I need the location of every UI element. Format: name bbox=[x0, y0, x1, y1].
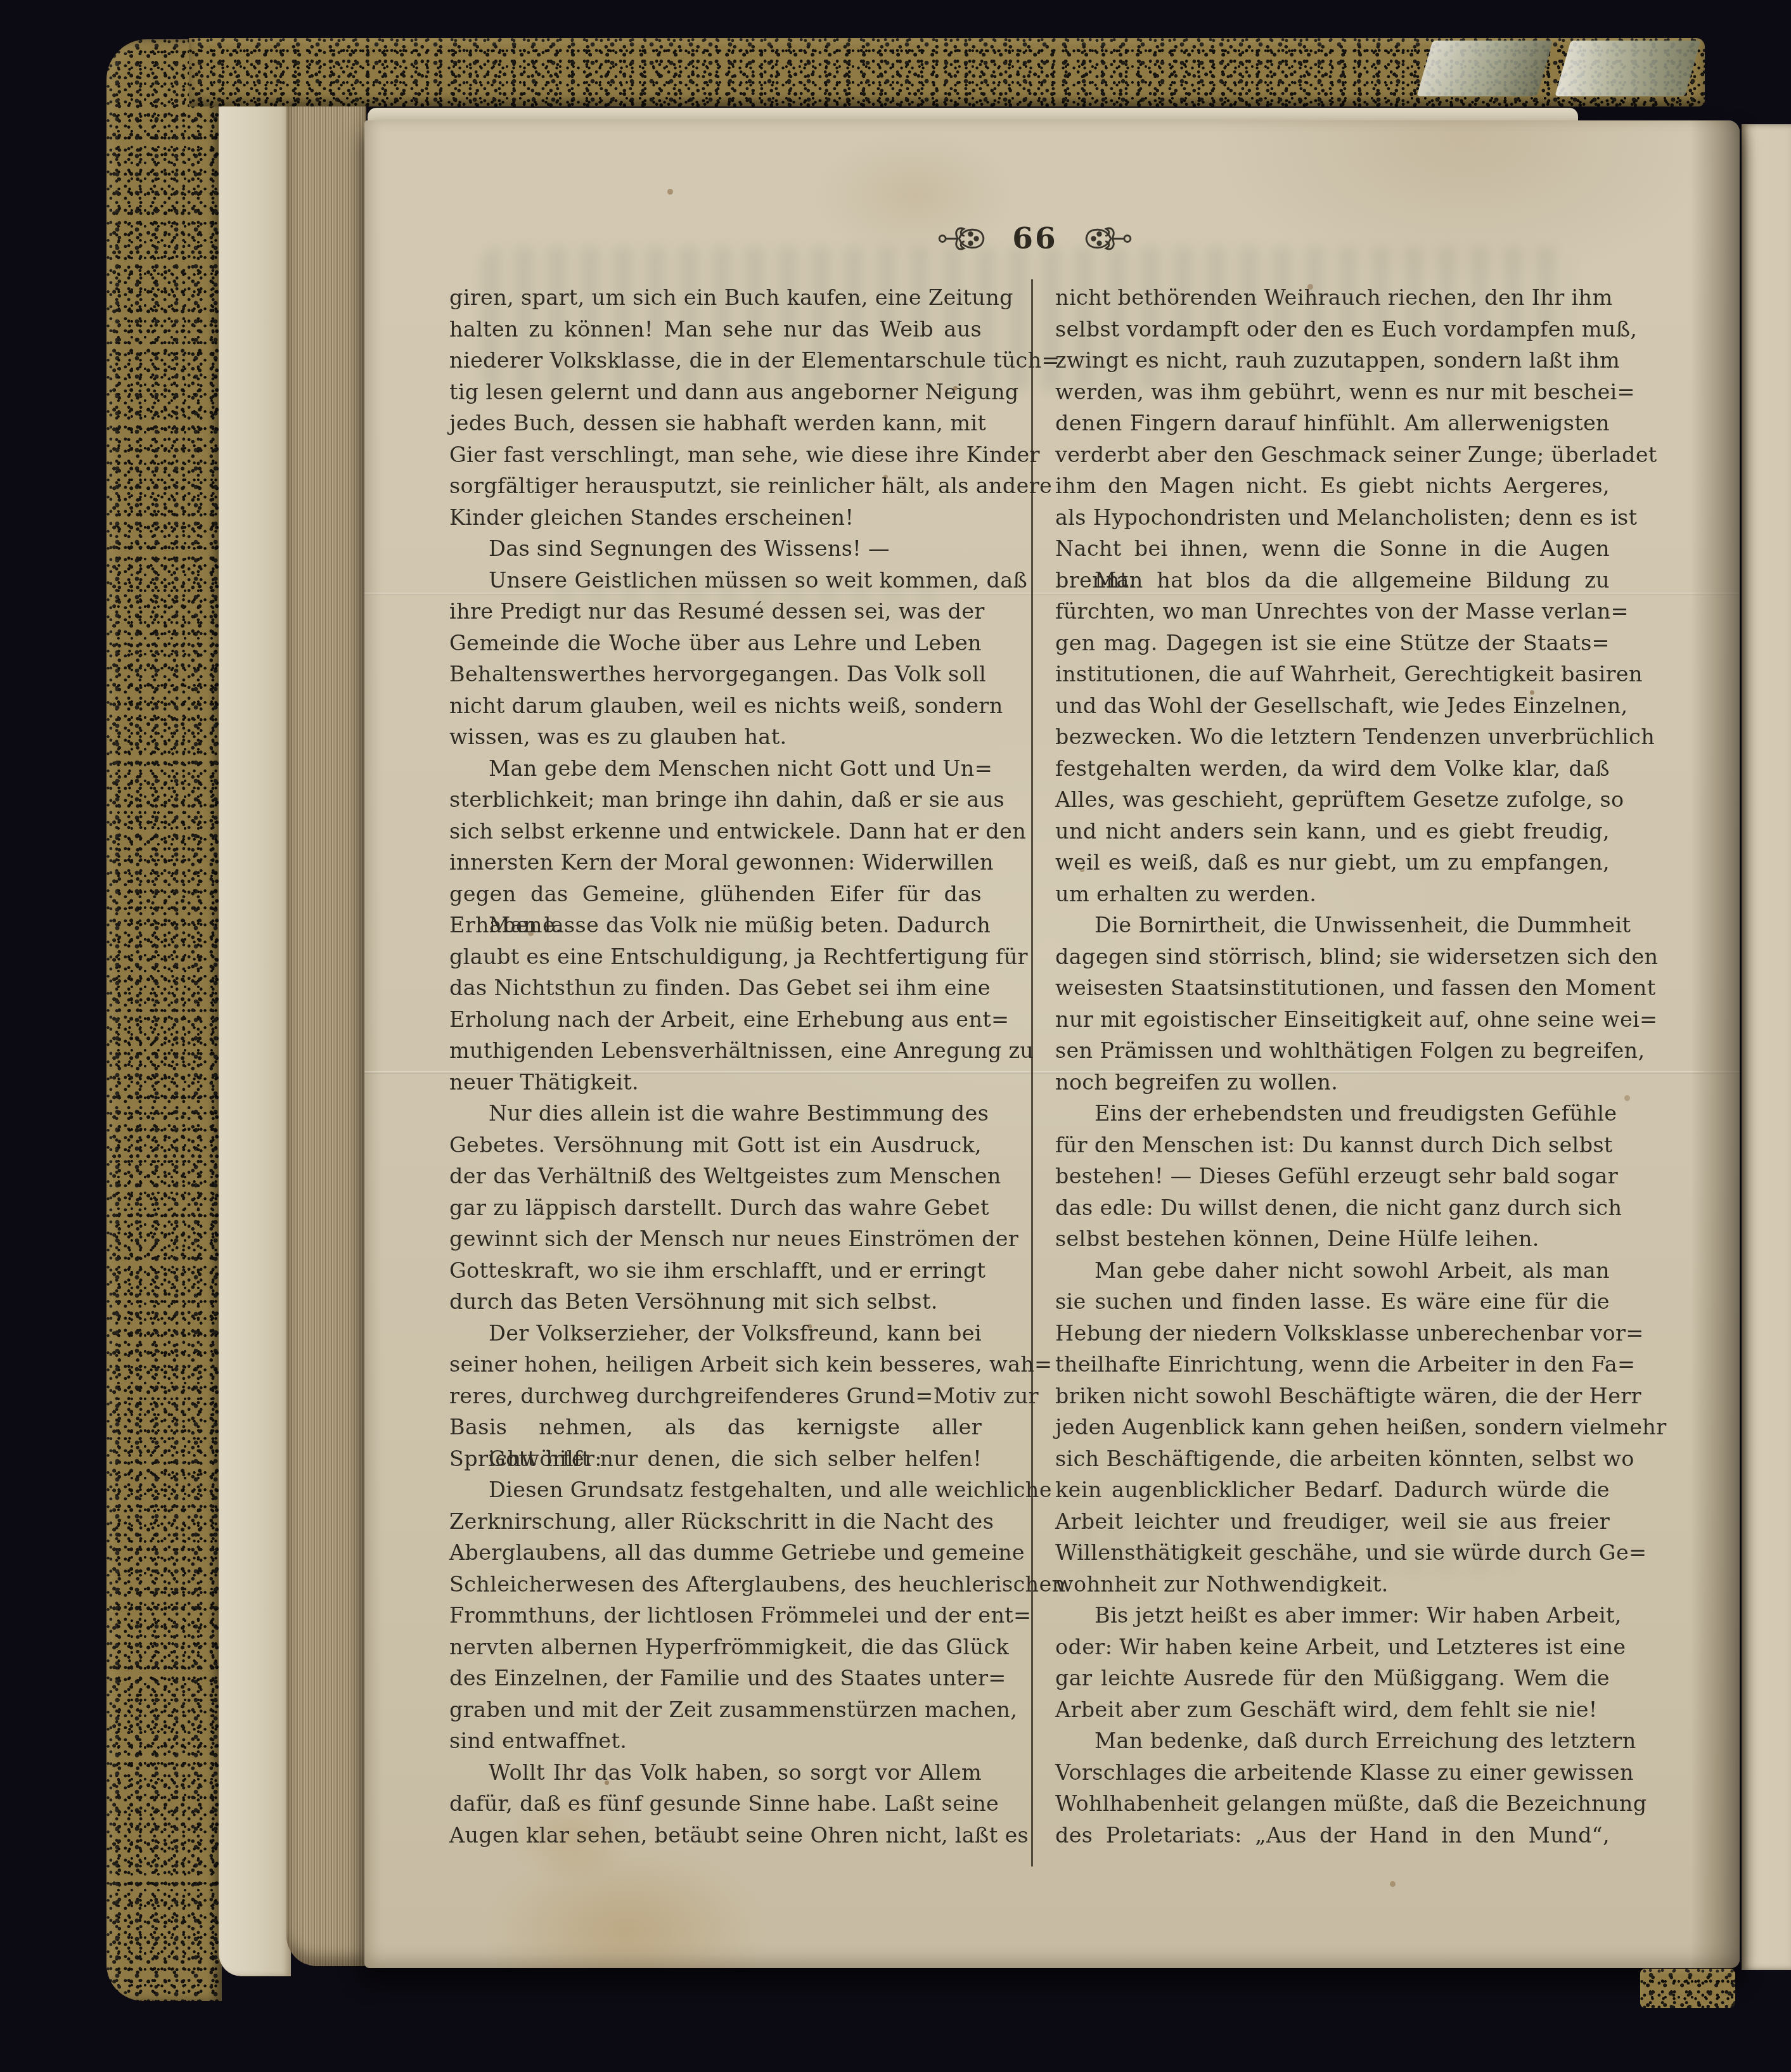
text-line: selbst bestehen können, Deine Hülfe leih… bbox=[1055, 1223, 1610, 1255]
text-line: Man lasse das Volk nie müßig beten. Dadu… bbox=[449, 910, 982, 941]
text-line: Willensthätigkeit geschähe, und sie würd… bbox=[1055, 1537, 1610, 1569]
text-line: Arbeit leichter und freudiger, weil sie … bbox=[1055, 1506, 1610, 1538]
column-divider bbox=[1031, 279, 1033, 1867]
text-line: Die Bornirtheit, die Unwissenheit, die D… bbox=[1055, 910, 1610, 941]
page-header: 66 bbox=[364, 216, 1705, 261]
text-line: Man bedenke, daß durch Erreichung des le… bbox=[1055, 1725, 1610, 1757]
fleuron-icon-left bbox=[937, 222, 985, 255]
text-line: verderbt aber den Geschmack seiner Zunge… bbox=[1055, 439, 1610, 471]
text-line: dagegen sind störrisch, blind; sie wider… bbox=[1055, 941, 1610, 973]
text-line: Gebetes. Versöhnung mit Gott ist ein Aus… bbox=[449, 1129, 982, 1161]
text-line: Eins der erhebendsten und freudigsten Ge… bbox=[1055, 1098, 1610, 1129]
text-line: bezwecken. Wo die letztern Tendenzen unv… bbox=[1055, 721, 1610, 753]
text-line: sie suchen und finden lasse. Es wäre ein… bbox=[1055, 1286, 1610, 1318]
text-line: graben und mit der Zeit zusammenstürzen … bbox=[449, 1694, 982, 1726]
text-line: der das Verhältniß des Weltgeistes zum M… bbox=[449, 1161, 982, 1192]
text-line: Diesen Grundsatz festgehalten, und alle … bbox=[449, 1474, 982, 1506]
text-line: für den Menschen ist: Du kannst durch Di… bbox=[1055, 1129, 1610, 1161]
text-line: wohnheit zur Nothwendigkeit. bbox=[1055, 1569, 1610, 1600]
text-line: theilhafte Einrichtung, wenn die Arbeite… bbox=[1055, 1349, 1610, 1380]
text-line: glaubt es eine Entschuldigung, ja Rechtf… bbox=[449, 941, 982, 973]
text-line: selbst vordampft oder den es Euch vordam… bbox=[1055, 314, 1610, 345]
text-line: gegen das Gemeine, glühenden Eifer für d… bbox=[449, 878, 982, 910]
under-page-edge bbox=[219, 80, 291, 1976]
text-line: Kinder gleichen Standes erscheinen! bbox=[449, 502, 982, 534]
text-column-right: nicht bethörenden Weihrauch riechen, den… bbox=[1055, 282, 1610, 1851]
text-line: Gott hilft nur denen, die sich selber he… bbox=[449, 1443, 982, 1475]
text-line: wissen, was es zu glauben hat. bbox=[449, 721, 982, 753]
text-line: dafür, daß es fünf gesunde Sinne habe. L… bbox=[449, 1788, 982, 1820]
text-line: neuer Thätigkeit. bbox=[449, 1067, 982, 1098]
text-line: nervten albernen Hyperfrömmigkeit, die d… bbox=[449, 1631, 982, 1663]
text-line: Man hat blos da die allgemeine Bildung z… bbox=[1055, 565, 1610, 596]
book-page: 66 giren, bbox=[364, 120, 1740, 1968]
text-line: noch begreifen zu wollen. bbox=[1055, 1067, 1610, 1098]
tape-glint bbox=[1555, 41, 1700, 96]
text-line: Aberglaubens, all das dumme Getriebe und… bbox=[449, 1537, 982, 1569]
page-edge-stack bbox=[286, 85, 366, 1966]
tape-glint bbox=[1416, 41, 1553, 96]
book-cover-edge-top bbox=[189, 38, 1705, 106]
text-line: Vorschlages die arbeitende Klasse zu ein… bbox=[1055, 1757, 1610, 1789]
text-line: Alles, was geschieht, geprüftem Gesetze … bbox=[1055, 784, 1610, 816]
text-line: oder: Wir haben keine Arbeit, und Letzte… bbox=[1055, 1631, 1610, 1663]
text-line: Unsere Geistlichen müssen so weit kommen… bbox=[449, 565, 982, 596]
text-line: gen mag. Dagegen ist sie eine Stütze der… bbox=[1055, 627, 1610, 659]
text-line: Zerknirschung, aller Rückschritt in die … bbox=[449, 1506, 982, 1538]
text-line: bestehen! — Dieses Gefühl erzeugt sehr b… bbox=[1055, 1161, 1610, 1192]
text-line: des Proletariats: „Aus der Hand in den M… bbox=[1055, 1820, 1610, 1851]
text-line: als Hypochondristen und Melancholisten; … bbox=[1055, 502, 1610, 534]
text-line: Nacht bei ihnen, wenn die Sonne in die A… bbox=[1055, 533, 1610, 565]
next-page-edge bbox=[1742, 124, 1791, 1970]
text-line: reres, durchweg durchgreifenderes Grund=… bbox=[449, 1380, 982, 1412]
page-number: 66 bbox=[1012, 224, 1057, 254]
text-line: Erholung nach der Arbeit, eine Erhebung … bbox=[449, 1004, 982, 1036]
text-line: tig lesen gelernt und dann aus angeborne… bbox=[449, 376, 982, 408]
text-line: Arbeit aber zum Geschäft wird, dem fehlt… bbox=[1055, 1694, 1610, 1726]
text-line: und das Wohl der Gesellschaft, wie Jedes… bbox=[1055, 690, 1610, 722]
text-line: jeden Augenblick kann gehen heißen, sond… bbox=[1055, 1412, 1610, 1443]
text-line: nur mit egoistischer Einseitigkeit auf, … bbox=[1055, 1004, 1610, 1036]
text-line: giren, spart, um sich ein Buch kaufen, e… bbox=[449, 282, 982, 314]
text-line: gar zu läppisch darstellt. Durch das wah… bbox=[449, 1192, 982, 1224]
text-line: nicht bethörenden Weihrauch riechen, den… bbox=[1055, 282, 1610, 314]
text-line: sorgfältiger herausputzt, sie reinlicher… bbox=[449, 470, 982, 502]
text-line: weil es weiß, daß es nur giebt, um zu em… bbox=[1055, 847, 1610, 878]
page-fold-shadow bbox=[1690, 120, 1740, 1968]
book-cover-corner-fragment bbox=[1640, 1969, 1735, 2008]
text-line: sich selbst erkenne und entwickele. Dann… bbox=[449, 816, 982, 847]
text-line: ihm den Magen nicht. Es giebt nichts Aer… bbox=[1055, 470, 1610, 502]
text-line: Gier fast verschlingt, man sehe, wie die… bbox=[449, 439, 982, 471]
text-line: institutionen, die auf Wahrheit, Gerecht… bbox=[1055, 659, 1610, 690]
text-line: niederer Volksklasse, die in der Element… bbox=[449, 345, 982, 376]
text-line: festgehalten werden, da wird dem Volke k… bbox=[1055, 753, 1610, 785]
text-line: Gemeinde die Woche über aus Lehre und Le… bbox=[449, 627, 982, 659]
text-line: jedes Buch, dessen sie habhaft werden ka… bbox=[449, 408, 982, 439]
text-line: Gotteskraft, wo sie ihm erschlafft, und … bbox=[449, 1255, 982, 1287]
text-line: Das sind Segnungen des Wissens! — bbox=[449, 533, 982, 565]
text-line: Behaltenswerthes hervorgegangen. Das Vol… bbox=[449, 659, 982, 690]
text-line: werden, was ihm gebührt, wenn es nur mit… bbox=[1055, 376, 1610, 408]
text-line: durch das Beten Versöhnung mit sich selb… bbox=[449, 1286, 982, 1318]
text-line: das Nichtsthun zu finden. Das Gebet sei … bbox=[449, 972, 982, 1004]
text-line: zwingt es nicht, rauh zuzutappen, sonder… bbox=[1055, 345, 1610, 376]
text-column-left: giren, spart, um sich ein Buch kaufen, e… bbox=[449, 282, 982, 1851]
text-line: innersten Kern der Moral gewonnen: Wider… bbox=[449, 847, 982, 878]
text-line: Bis jetzt heißt es aber immer: Wir haben… bbox=[1055, 1600, 1610, 1631]
fleuron-icon-right bbox=[1084, 222, 1133, 255]
text-line: sen Prämissen und wohlthätigen Folgen zu… bbox=[1055, 1035, 1610, 1067]
book-cover-edge-left bbox=[106, 39, 222, 2001]
text-line: Wollt Ihr das Volk haben, so sorgt vor A… bbox=[449, 1757, 982, 1789]
text-line: sich Beschäftigende, die arbeiten könnte… bbox=[1055, 1443, 1610, 1475]
text-line: muthigenden Lebensverhältnissen, eine An… bbox=[449, 1035, 982, 1067]
text-line: Schleicherwesen des Afterglaubens, des h… bbox=[449, 1569, 982, 1600]
text-line: und nicht anders sein kann, und es giebt… bbox=[1055, 816, 1610, 847]
text-line: nicht darum glauben, weil es nichts weiß… bbox=[449, 690, 982, 722]
paper-specks bbox=[364, 120, 368, 124]
text-line: Basis nehmen, als das kernigste aller Sp… bbox=[449, 1412, 982, 1443]
text-line: Nur dies allein ist die wahre Bestimmung… bbox=[449, 1098, 982, 1129]
text-line: das edle: Du willst denen, die nicht gan… bbox=[1055, 1192, 1610, 1224]
text-line: sind entwaffnet. bbox=[449, 1725, 982, 1757]
text-line: Man gebe dem Menschen nicht Gott und Un= bbox=[449, 753, 982, 785]
text-line: des Einzelnen, der Familie und des Staat… bbox=[449, 1663, 982, 1694]
text-line: gar leichte Ausrede für den Müßiggang. W… bbox=[1055, 1663, 1610, 1694]
text-line: Hebung der niedern Volksklasse unbereche… bbox=[1055, 1318, 1610, 1349]
text-line: Wohlhabenheit gelangen müßte, daß die Be… bbox=[1055, 1788, 1610, 1820]
text-line: briken nicht sowohl Beschäftigte wären, … bbox=[1055, 1380, 1610, 1412]
text-line: ihre Predigt nur das Resumé dessen sei, … bbox=[449, 596, 982, 627]
text-line: sterblichkeit; man bringe ihn dahin, daß… bbox=[449, 784, 982, 816]
text-line: seiner hohen, heiligen Arbeit sich kein … bbox=[449, 1349, 982, 1380]
text-line: fürchten, wo man Unrechtes von der Masse… bbox=[1055, 596, 1610, 627]
text-line: weisesten Staatsinstitutionen, und fasse… bbox=[1055, 972, 1610, 1004]
text-line: um erhalten zu werden. bbox=[1055, 878, 1610, 910]
text-line: Frommthuns, der lichtlosen Frömmelei und… bbox=[449, 1600, 982, 1631]
text-line: halten zu können! Man sehe nur das Weib … bbox=[449, 314, 982, 345]
text-line: denen Fingern darauf hinfühlt. Am allerw… bbox=[1055, 408, 1610, 439]
text-line: Augen klar sehen, betäubt seine Ohren ni… bbox=[449, 1820, 982, 1851]
text-line: gewinnt sich der Mensch nur neues Einstr… bbox=[449, 1223, 982, 1255]
text-line: Der Volkserzieher, der Volksfreund, kann… bbox=[449, 1318, 982, 1349]
text-line: kein augenblicklicher Bedarf. Dadurch wü… bbox=[1055, 1474, 1610, 1506]
text-line: Man gebe daher nicht sowohl Arbeit, als … bbox=[1055, 1255, 1610, 1287]
